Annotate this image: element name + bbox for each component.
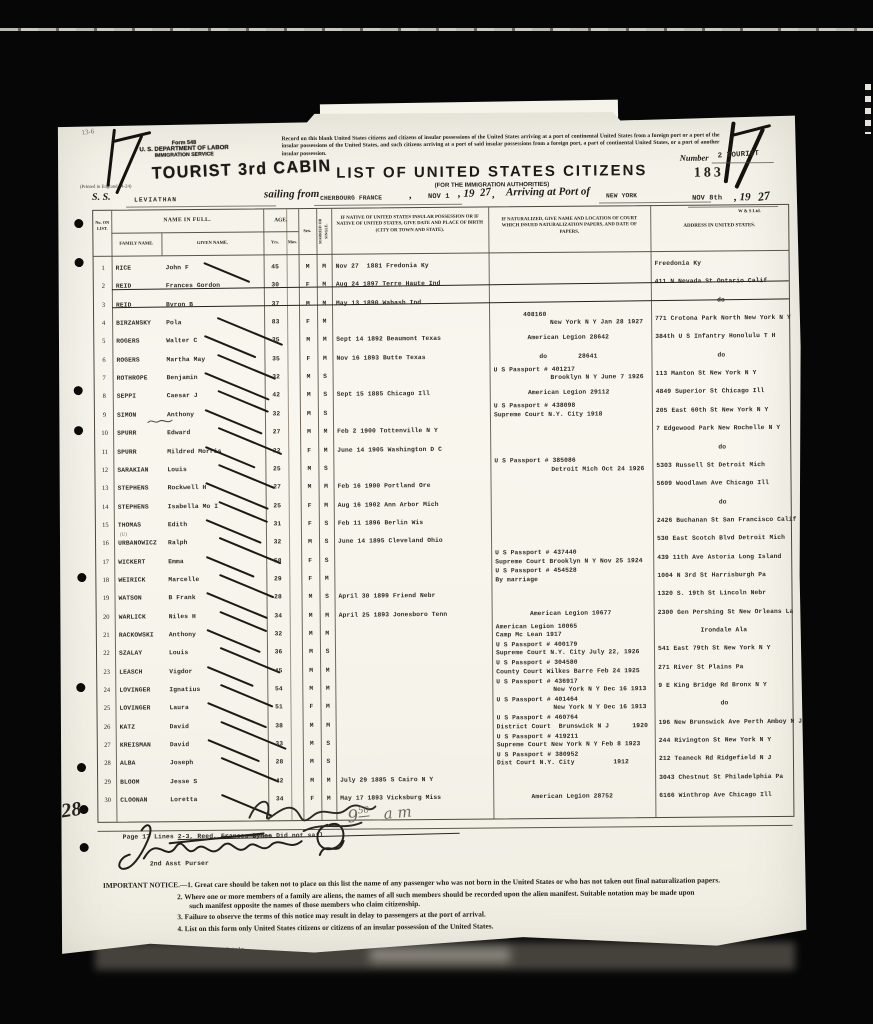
sex: M — [299, 263, 317, 270]
punch-hole — [77, 763, 86, 772]
sex: M — [302, 685, 320, 692]
sex: M — [303, 722, 321, 729]
naturalization-entry: do 28641 — [489, 352, 647, 360]
us-address: 271 River St Plains Pa — [658, 663, 790, 671]
given-name: Caesar J — [167, 392, 198, 399]
naturalization-entry: 408160 — [523, 311, 546, 318]
married-or-single: M — [319, 575, 334, 582]
age-years: 29 — [266, 575, 289, 582]
family-name: ROGERS — [116, 356, 139, 363]
handwritten-arrival-year: 27 — [757, 188, 771, 204]
age-years: 45 — [264, 263, 287, 270]
us-address: 5609 Woodlawn Ave Chicago Ill — [657, 479, 789, 487]
birth-date-place: Sept 14 1892 Beaumont Texas — [336, 335, 441, 343]
age-years: 35 — [264, 355, 287, 362]
birth-date-place: July 29 1885 S Cairo N Y — [340, 776, 433, 784]
row-strike-line — [112, 299, 789, 309]
married-or-single: M — [319, 501, 334, 508]
naturalization-entry: U S Passport # 460764 — [497, 714, 579, 722]
col-header-married-single: MARRIED OR SINGLE. — [317, 211, 330, 252]
family-name: WATSON — [119, 595, 142, 602]
naturalization-entry: Detroit Mich Oct 24 1926 — [490, 465, 648, 473]
age-years: 32 — [267, 630, 290, 637]
family-name: SEPPI — [117, 393, 136, 400]
married-or-single: S — [318, 465, 333, 472]
given-name: Emma — [168, 558, 184, 565]
given-name: Laura — [169, 705, 188, 712]
family-name: WARLICK — [119, 613, 146, 620]
family-name: SPURR — [117, 430, 136, 437]
given-name: Rockwell H — [168, 484, 207, 491]
sex: M — [302, 667, 320, 674]
punch-hole — [80, 843, 89, 852]
us-address: 7 Edgewood Park New Rochelle N Y — [656, 424, 788, 432]
sex: M — [301, 483, 319, 490]
us-address: 1004 N 3rd St Harrisburgh Pa — [657, 571, 789, 579]
col-header-name: NAME IN FULL. — [111, 216, 263, 223]
family-name: KATZ — [120, 723, 136, 730]
checkmark-stroke — [205, 519, 261, 544]
family-name: STEPHENS — [118, 485, 149, 492]
given-name: John F — [166, 264, 189, 271]
row-number: 10 — [97, 430, 112, 437]
punch-hole — [76, 683, 85, 692]
birth-date-place: June 14 1895 Cleveland Ohio — [338, 537, 443, 545]
us-address: 384th U S Infantry Honolulu T H — [655, 332, 787, 340]
given-name: Loretta — [170, 796, 197, 803]
age-years: 28 — [268, 759, 291, 766]
col-header-sex: Sex. — [298, 228, 316, 233]
naturalization-entry: American Legion 28752 — [493, 792, 651, 800]
col-header-mos: Mos. — [286, 239, 298, 244]
naturalization-entry: District Court Brunswick N J 1920 — [497, 722, 648, 730]
row-number: 4 — [96, 320, 111, 327]
married-or-single: M — [320, 611, 335, 618]
family-name: URBANOWICZ — [118, 540, 157, 547]
us-address: do — [658, 699, 790, 707]
handwritten-sailing-year: 27 — [479, 186, 491, 199]
naturalization-entry: Dist Court N.Y. City 1912 — [497, 759, 629, 767]
sex: M — [303, 758, 321, 765]
us-address: 4849 Superior St Chicago Ill — [656, 387, 788, 395]
naturalization-entry: U S Passport # 400179 — [496, 641, 578, 649]
sex: M — [301, 538, 319, 545]
row-number: 23 — [99, 668, 114, 675]
sex: F — [301, 575, 319, 582]
family-name: ROGERS — [116, 338, 139, 345]
age-years: 27 — [266, 483, 289, 490]
naturalization-entry: American Legion 10677 — [492, 609, 650, 617]
row-number: 3 — [96, 301, 111, 308]
comma: , — [409, 190, 412, 201]
row-number: 20 — [99, 613, 114, 620]
row-number: 15 — [98, 522, 113, 529]
col-header-given-name: GIVEN NAME. — [161, 239, 263, 245]
birth-date-place: Nov 16 1893 Butte Texas — [336, 354, 425, 362]
age-years: 38 — [268, 722, 291, 729]
row-number: 29 — [100, 779, 115, 786]
row-number: 5 — [96, 338, 111, 345]
scan-edge-line — [0, 28, 873, 31]
family-name: LOVINGER — [119, 686, 150, 693]
age-years: 22 — [265, 447, 288, 454]
married-or-single: M — [321, 777, 336, 784]
married-or-single: S — [318, 373, 333, 380]
family-name: SZALAY — [119, 650, 142, 657]
us-address: do — [656, 442, 788, 450]
pen-stroke — [115, 135, 144, 195]
row-number: 1 — [96, 265, 111, 272]
row-number: 26 — [100, 724, 115, 731]
scanned-manifest-screenshot: { "marks": { "big_17_left": "17", "big_1… — [0, 0, 873, 1024]
sex: M — [300, 410, 318, 417]
us-address: 2426 Buchanan St San Francisco Calif — [657, 516, 789, 524]
us-address: 2300 Gen Pershing St New Orleans La — [658, 608, 790, 616]
row-number: 28 — [100, 760, 115, 767]
family-name: WICKERT — [118, 558, 145, 565]
birth-date-place: Sept 15 1885 Chicago Ill — [337, 390, 430, 398]
us-address: Freedonia Ky — [655, 259, 787, 267]
given-name: Pola — [166, 319, 182, 326]
notice-line-5: 4. List on this form only United States … — [177, 919, 803, 933]
family-name: CLOONAN — [120, 797, 147, 804]
married-or-single: M — [320, 703, 335, 710]
naturalization-entry: U S Passport # 438098 — [494, 402, 576, 410]
checkmark-stroke — [206, 556, 255, 578]
naturalization-entry: New York N Y Dec 16 1913 — [492, 685, 650, 693]
naturalization-entry: U S Passport # 437440 — [495, 549, 577, 557]
port-of-departure: CHERBOURG FRANCE — [320, 194, 382, 202]
handwritten-page-28: 28 — [60, 798, 83, 824]
checkmark-stroke — [207, 739, 260, 763]
married-or-single: M — [317, 263, 332, 270]
age-years: 42 — [268, 777, 291, 784]
family-name: BLOOM — [120, 778, 139, 785]
given-name: Isabella Mo I — [168, 502, 218, 509]
given-name: Vigdor — [169, 668, 192, 675]
checkmark-stroke — [205, 446, 256, 469]
age-years: 34 — [267, 612, 290, 619]
given-name: Benjamin — [167, 374, 198, 381]
time-minutes: 50 — [357, 805, 369, 817]
sailing-date-stamp: NOV 1 — [428, 193, 450, 201]
married-or-single: S — [318, 410, 333, 417]
naturalization-entry: U S Passport # 454528 — [495, 567, 577, 575]
married-or-single: M — [321, 722, 336, 729]
sex: F — [301, 557, 319, 564]
us-address: 1320 S. 19th St Lincoln Nebr — [657, 589, 789, 597]
sex: F — [300, 446, 318, 453]
us-address: Irondale Ala — [658, 626, 790, 634]
given-name: Edward — [167, 429, 190, 436]
naturalization-entry: New York N Y Jan 28 1927 — [489, 318, 647, 326]
given-name: Louis — [167, 466, 186, 473]
col-header-address: ADDRESS IN UNITED STATES. — [653, 223, 785, 229]
us-address: do — [655, 351, 787, 359]
scan-right-sprocket-marks — [865, 84, 871, 134]
married-or-single: S — [319, 556, 334, 563]
pen-stroke — [106, 129, 116, 187]
married-or-single: S — [318, 391, 333, 398]
row-number: 16 — [98, 540, 113, 547]
naturalization-entry: U S Passport # 401217 — [494, 365, 576, 373]
married-or-single: S — [319, 520, 334, 527]
naturalization-entry: Supreme Court New York N Y Feb 8 1923 — [497, 740, 641, 748]
ship-name: LEVIATHAN — [134, 196, 177, 203]
handwritten-17-left — [95, 122, 156, 195]
checkmark-stroke — [204, 335, 257, 359]
birth-date-place: Nov 27 1881 Fredonia Ky — [336, 262, 429, 270]
married-or-single: M — [318, 428, 333, 435]
us-address: 244 Rivington St New York N Y — [659, 736, 791, 744]
punch-hole — [75, 258, 84, 267]
arrival-year-prefix: , 19 — [734, 191, 751, 203]
col-header-age: AGE. — [263, 217, 298, 223]
sex: M — [299, 336, 317, 343]
us-address: 113 Manton St New York N Y — [656, 369, 788, 377]
us-address: 541 East 79th St New York N Y — [658, 644, 790, 652]
us-address: 439 11th Ave Astoria Long Island — [657, 552, 789, 560]
naturalization-entry: U S Passport # 385086 — [494, 457, 576, 465]
sex: M — [300, 465, 318, 472]
family-name: SARAKIAN — [117, 466, 148, 473]
ss-label: S. S. — [92, 192, 111, 203]
married-or-single: M — [317, 336, 332, 343]
age-years: 58 — [266, 557, 289, 564]
arriving-label: Arriving at Port of — [506, 186, 590, 199]
family-name: STEPHENS — [118, 503, 149, 510]
row-number: 27 — [100, 742, 115, 749]
given-name: B Frank — [169, 594, 196, 601]
row-number: 25 — [99, 705, 114, 712]
us-address: 3043 Chestnut St Philadelphia Pa — [659, 773, 791, 781]
pen-stroke — [112, 131, 152, 143]
naturalization-entry: Brooklyn N Y June 7 1926 — [490, 373, 648, 381]
age-years: 42 — [265, 392, 288, 399]
row-number: 2 — [96, 283, 111, 290]
family-name-annotation: (U) — [120, 533, 127, 538]
naturalization-entry: U S Passport # 401464 — [496, 696, 578, 704]
age-years: 36 — [267, 649, 290, 656]
given-name: Louis — [169, 649, 188, 656]
married-or-single: M — [317, 355, 332, 362]
married-or-single: M — [317, 318, 332, 325]
pencil-corner-note: 13-6 — [81, 127, 95, 137]
age-years: 45 — [267, 667, 290, 674]
year-prefix: , 19 — [458, 188, 475, 200]
age-years: 28 — [266, 594, 289, 601]
col-header-no: No. ON LIST. — [93, 220, 111, 231]
given-name: Martha May — [166, 356, 205, 363]
given-name: Ralph — [168, 539, 187, 546]
row-number: 18 — [98, 577, 113, 584]
naturalization-entry: Supreme Court Brooklyn N Y Nov 25 1924 — [495, 557, 642, 565]
given-name: Anthony — [169, 631, 196, 638]
family-name: KREISMAN — [120, 742, 151, 749]
naturalization-entry: Supreme Court N.Y. City July 22, 1926 — [496, 649, 640, 657]
married-or-single: S — [319, 538, 334, 545]
checkmark-stroke — [207, 666, 254, 687]
sex: F — [302, 703, 320, 710]
given-name: Marcelle — [168, 576, 199, 583]
given-name: Ignatius — [169, 686, 200, 693]
naturalization-entry: Camp Mc Lean 1917 — [496, 631, 562, 639]
comma: , — [492, 189, 495, 200]
given-name: Joseph — [170, 760, 193, 767]
page-bottom-tear-highlight — [370, 948, 510, 962]
col-header-birth: IF NATIVE OF UNITED STATES INSULAR POSSE… — [335, 215, 484, 236]
row-number: 19 — [99, 595, 114, 602]
row-number: 30 — [100, 797, 115, 804]
family-name: SPURR — [117, 448, 136, 455]
naturalization-entry: By marriage — [495, 576, 538, 583]
us-address: 530 East Scotch Blvd Detroit Mich — [657, 534, 789, 542]
given-name: Jesse S — [170, 778, 197, 785]
checkmark-stroke — [217, 390, 269, 413]
row-number: 11 — [97, 448, 112, 455]
given-name: David — [170, 741, 189, 748]
naturalization-entry: New York N Y Dec 16 1913 — [492, 703, 650, 711]
us-address: do — [657, 497, 789, 505]
col-header-yrs: Yrs. — [263, 239, 286, 244]
family-name: THOMAS — [118, 521, 141, 528]
age-years: 25 — [266, 502, 289, 509]
checkmark-stroke — [203, 262, 250, 283]
birth-date-place: Feb 11 1896 Berlin Wis — [338, 519, 423, 527]
married-or-single: S — [320, 648, 335, 655]
naturalization-entry: County Court Wilkes Barre Feb 24 1925 — [496, 667, 640, 675]
married-or-single: M — [320, 685, 335, 692]
sex: F — [299, 318, 317, 325]
us-address: 6166 Winthrop Ave Chicago Ill — [659, 791, 791, 799]
married-or-single: M — [320, 630, 335, 637]
pen-stroke — [730, 124, 772, 138]
form-instructions: Record on this blank United States citiz… — [282, 132, 720, 158]
sex: M — [303, 777, 321, 784]
married-or-single: S — [321, 758, 336, 765]
naturalization-entry: American Legion 10065 — [496, 622, 578, 630]
checkmark-stroke — [206, 592, 268, 619]
naturalization-entry: U S Passport # 419211 — [497, 732, 579, 740]
family-name: RACKOWSKI — [119, 631, 154, 638]
birth-date-place: June 14 1905 Washington D C — [337, 445, 442, 453]
col-header-family-name: FAMILY NAME. — [111, 240, 161, 245]
age-years: 35 — [264, 337, 287, 344]
given-name: Walter C — [166, 337, 197, 344]
punch-hole — [74, 386, 83, 395]
naturalization-entry: American Legion 28642 — [489, 333, 647, 341]
married-or-single: M — [318, 446, 333, 453]
time-meridiem: a m — [383, 802, 413, 823]
given-name: David — [170, 723, 189, 730]
us-address: 5303 Russell St Detroit Mich — [656, 461, 788, 469]
family-name: ROTHROPE — [117, 375, 148, 382]
us-address: 196 New Brunswick Ave Perth Amboy N J — [659, 718, 791, 726]
naturalization-entry: U S Passport # 304580 — [496, 659, 578, 667]
sex: F — [301, 520, 319, 527]
pencil-squiggle — [147, 412, 173, 430]
port-of-arrival: NEW YORK — [606, 192, 637, 199]
passenger-table: No. ON LIST. NAME IN FULL. FAMILY NAME. … — [92, 204, 794, 823]
row-number: 9 — [97, 412, 112, 419]
punch-hole — [74, 219, 83, 228]
age-years: 27 — [265, 428, 288, 435]
age-years: 32 — [266, 538, 289, 545]
married-or-single: S — [321, 740, 336, 747]
married-or-single: M — [320, 667, 335, 674]
given-name: Edith — [168, 521, 187, 528]
sex: M — [300, 391, 318, 398]
age-years: 54 — [267, 685, 290, 692]
birth-date-place: Aug 16 1902 Ann Arbor Mich — [338, 500, 439, 508]
age-years: 32 — [265, 410, 288, 417]
sex: M — [303, 740, 321, 747]
sheet-number-stamp: 183 — [694, 165, 724, 181]
sex: F — [301, 502, 319, 509]
row-number: 6 — [96, 357, 111, 364]
birth-date-place: April 30 1899 Friend Nebr — [338, 592, 435, 600]
family-name: BIRZANSKY — [116, 319, 151, 326]
number-label: Number — [680, 153, 709, 163]
checkmark-stroke — [220, 684, 274, 708]
sex: M — [300, 428, 318, 435]
row-number: 24 — [99, 687, 114, 694]
age-years: 83 — [264, 318, 287, 325]
given-name: Niles H — [169, 613, 196, 620]
sex: M — [301, 593, 319, 600]
birth-date-place: April 25 1893 Jonesboro Tenn — [339, 610, 448, 618]
us-address: 9 E King Bridge Rd Bronx N Y — [658, 681, 790, 689]
family-name: LOVINGER — [119, 705, 150, 712]
family-name: SIMON — [117, 411, 136, 418]
sex: M — [302, 648, 320, 655]
form-title: LIST OF UNITED STATES CITIZENS — [302, 162, 682, 182]
naturalization-entry: American Legion 29112 — [490, 389, 648, 397]
row-number: 21 — [99, 632, 114, 639]
important-notice: IMPORTANT NOTICE.—1. Great care should b… — [103, 875, 803, 934]
row-number: 17 — [98, 558, 113, 565]
us-address: 205 East 60th St New York N Y — [656, 406, 788, 414]
age-years: 31 — [266, 520, 289, 527]
us-address: 212 Teaneck Rd Ridgefield N J — [659, 754, 791, 762]
naturalization-entry: U S Passport # 380952 — [497, 751, 579, 759]
age-years: 33 — [268, 740, 291, 747]
row-number: 14 — [98, 503, 113, 510]
row-number: 12 — [97, 467, 112, 474]
manifest-page: 13-6 Form 548 U. S. DEPARTMENT OF LABOR … — [53, 109, 806, 963]
birth-date-place: Feb 2 1900 Tottenville N Y — [337, 427, 438, 435]
arrival-date-stamp: NOV 8th — [692, 194, 722, 202]
row-number: 8 — [97, 393, 112, 400]
family-name: ALBA — [120, 760, 136, 767]
sex: M — [302, 612, 320, 619]
sex: M — [300, 373, 318, 380]
us-address: 771 Crotona Park North New York N Y — [655, 314, 787, 322]
family-name: WEIRICK — [118, 576, 145, 583]
family-name: RICE — [116, 265, 132, 272]
row-number: 22 — [99, 650, 114, 657]
age-years: 25 — [265, 465, 288, 472]
birth-date-place: Feb 16 1900 Portland Ore — [338, 482, 431, 490]
married-or-single: M — [319, 483, 334, 490]
family-name: LEASCH — [119, 668, 142, 675]
married-or-single: S — [319, 593, 334, 600]
naturalization-entry: Supreme Court N.Y. City 1918 — [494, 410, 603, 418]
sex: F — [299, 355, 317, 362]
row-number: 13 — [98, 485, 113, 492]
age-years: 51 — [267, 704, 290, 711]
punch-hole — [77, 573, 86, 582]
